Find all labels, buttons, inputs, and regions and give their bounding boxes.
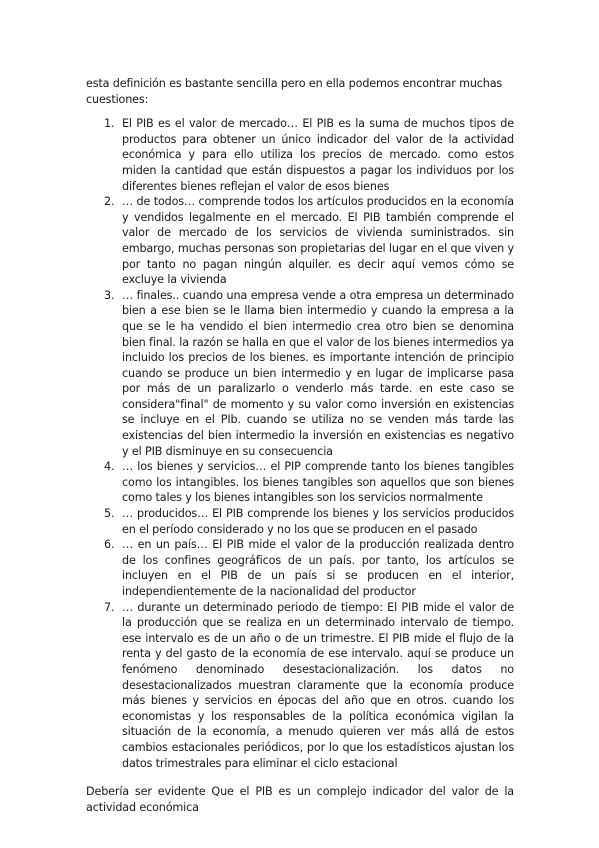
list-number: 1.: [104, 116, 114, 132]
list-item-text: … de todos… comprende todos los artículo…: [122, 195, 514, 286]
document-page: esta definición es bastante sencilla per…: [86, 76, 514, 815]
list-number: 4.: [104, 459, 114, 475]
list-number: 2.: [104, 194, 114, 210]
list-item: 3. … finales.. cuando una empresa vende …: [86, 288, 514, 460]
intro-paragraph: esta definición es bastante sencilla per…: [86, 76, 514, 107]
closing-paragraph: Debería ser evidente Que el PIB es un co…: [86, 784, 514, 815]
list-number: 3.: [104, 288, 114, 304]
list-item: 7. … durante un determinado periodo de t…: [86, 600, 514, 772]
list-number: 5.: [104, 506, 114, 522]
list-item: 2. … de todos… comprende todos los artíc…: [86, 194, 514, 288]
list-item: 5. … producidos… El PIB comprende los bi…: [86, 506, 514, 537]
list-item-text: El PIB es el valor de mercado… El PIB es…: [122, 117, 514, 192]
list-number: 6.: [104, 537, 114, 553]
list-item: 6. … en un país… El PIB mide el valor de…: [86, 537, 514, 599]
list-number: 7.: [104, 600, 114, 616]
numbered-list: 1. El PIB es el valor de mercado… El PIB…: [86, 116, 514, 771]
list-item-text: … durante un determinado periodo de tiem…: [122, 601, 514, 770]
list-item-text: … en un país… El PIB mide el valor de la…: [122, 538, 514, 598]
list-item: 1. El PIB es el valor de mercado… El PIB…: [86, 116, 514, 194]
list-item-text: … los bienes y servicios… el PIP compren…: [122, 460, 514, 504]
list-item-text: … producidos… El PIB comprende los biene…: [122, 507, 514, 536]
list-item-text: … finales.. cuando una empresa vende a o…: [122, 289, 514, 458]
list-item: 4. … los bienes y servicios… el PIP comp…: [86, 459, 514, 506]
